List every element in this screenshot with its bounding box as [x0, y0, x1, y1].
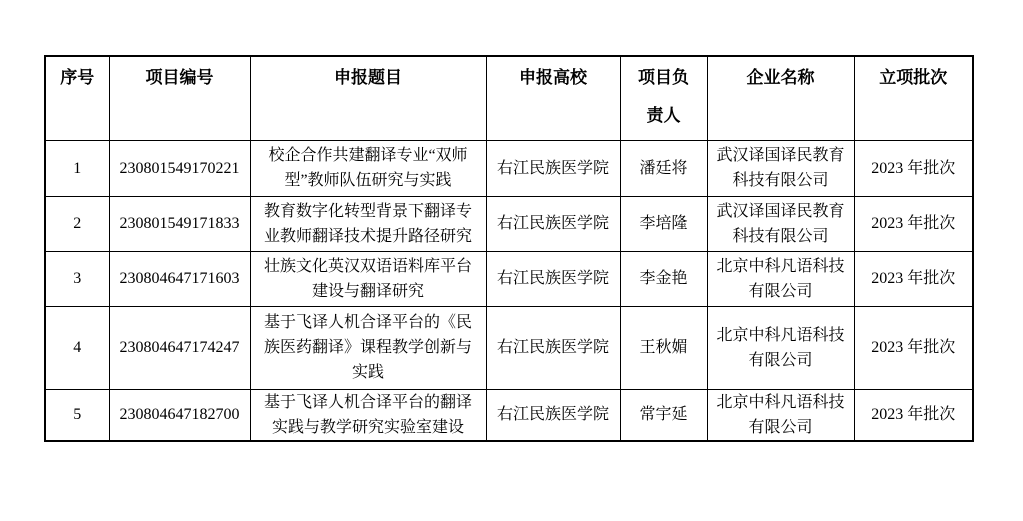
cell-leader: 潘廷将	[620, 140, 707, 196]
cell-title: 教育数字化转型背景下翻译专 业教师翻译技术提升路径研究	[250, 196, 486, 251]
cell-batch: 2023 年批次	[854, 306, 973, 389]
header-code: 项目编号	[109, 56, 250, 140]
cell-company: 武汉译国译民教育 科技有限公司	[707, 196, 854, 251]
cell-batch: 2023 年批次	[854, 251, 973, 306]
projects-table: 序号 项目编号 申报题目 申报高校 项目负 责人 企业名称 立项批次 1 230…	[44, 55, 974, 442]
cell-company: 武汉译国译民教育 科技有限公司	[707, 140, 854, 196]
header-title: 申报题目	[250, 56, 486, 140]
table-row: 1 230801549170221 校企合作共建翻译专业“双师 型”教师队伍研究…	[45, 140, 973, 196]
document-page: 序号 项目编号 申报题目 申报高校 项目负 责人 企业名称 立项批次 1 230…	[0, 0, 1023, 521]
cell-code: 230801549171833	[109, 196, 250, 251]
cell-title: 基于飞译人机合译平台的《民 族医药翻译》课程教学创新与 实践	[250, 306, 486, 389]
cell-company: 北京中科凡语科技 有限公司	[707, 389, 854, 441]
table-header-row: 序号 项目编号 申报题目 申报高校 项目负 责人 企业名称 立项批次	[45, 56, 973, 140]
cell-batch: 2023 年批次	[854, 389, 973, 441]
cell-batch: 2023 年批次	[854, 140, 973, 196]
cell-no: 3	[45, 251, 109, 306]
header-leader: 项目负 责人	[620, 56, 707, 140]
header-batch: 立项批次	[854, 56, 973, 140]
cell-company: 北京中科凡语科技 有限公司	[707, 306, 854, 389]
table-row: 4 230804647174247 基于飞译人机合译平台的《民 族医药翻译》课程…	[45, 306, 973, 389]
cell-title: 校企合作共建翻译专业“双师 型”教师队伍研究与实践	[250, 140, 486, 196]
cell-leader: 李金艳	[620, 251, 707, 306]
cell-no: 2	[45, 196, 109, 251]
cell-no: 1	[45, 140, 109, 196]
cell-title: 基于飞译人机合译平台的翻译 实践与教学研究实验室建设	[250, 389, 486, 441]
cell-leader: 李培隆	[620, 196, 707, 251]
cell-company: 北京中科凡语科技 有限公司	[707, 251, 854, 306]
cell-code: 230804647174247	[109, 306, 250, 389]
header-company: 企业名称	[707, 56, 854, 140]
cell-title: 壮族文化英汉双语语料库平台 建设与翻译研究	[250, 251, 486, 306]
header-university: 申报高校	[486, 56, 620, 140]
table-row: 5 230804647182700 基于飞译人机合译平台的翻译 实践与教学研究实…	[45, 389, 973, 441]
cell-batch: 2023 年批次	[854, 196, 973, 251]
cell-code: 230804647171603	[109, 251, 250, 306]
cell-university: 右江民族医学院	[486, 251, 620, 306]
table-row: 3 230804647171603 壮族文化英汉双语语料库平台 建设与翻译研究 …	[45, 251, 973, 306]
cell-leader: 常宇延	[620, 389, 707, 441]
cell-university: 右江民族医学院	[486, 140, 620, 196]
cell-university: 右江民族医学院	[486, 196, 620, 251]
cell-university: 右江民族医学院	[486, 306, 620, 389]
cell-university: 右江民族医学院	[486, 389, 620, 441]
cell-no: 4	[45, 306, 109, 389]
table-row: 2 230801549171833 教育数字化转型背景下翻译专 业教师翻译技术提…	[45, 196, 973, 251]
cell-code: 230804647182700	[109, 389, 250, 441]
cell-leader: 王秋媚	[620, 306, 707, 389]
cell-code: 230801549170221	[109, 140, 250, 196]
header-no: 序号	[45, 56, 109, 140]
cell-no: 5	[45, 389, 109, 441]
